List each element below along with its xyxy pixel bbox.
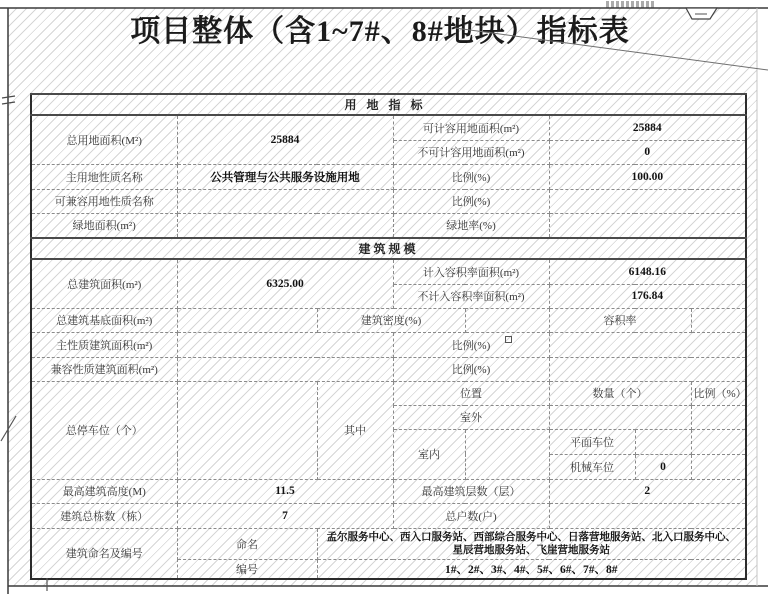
main-use-ratio-value: 100.00 [549,164,746,189]
table-row: 绿地面积(m²) 绿地率(%) [31,213,746,238]
table-row: 建筑总栋数（栋） 7 总户数(户) [31,503,746,528]
parking-outdoor-qty [549,405,691,429]
uncountable-land-value: 0 [549,140,746,164]
main-nature-area-value [177,332,393,357]
compatible-use-value [177,189,393,213]
table-row: 最高建筑高度(M) 11.5 最高建筑层数（层） 2 [31,479,746,503]
out-far-area-label: 不计入容积率面积(m²) [393,284,549,308]
total-buildings-value: 7 [177,503,393,528]
table-row: 可兼容用地性质名称 比例(%) [31,189,746,213]
section-header-land: 用地指标 [31,94,746,115]
parking-quantity-header: 数量（个） [549,381,691,405]
main-nature-ratio-value [549,332,746,357]
max-floors-label: 最高建筑层数（层） [393,479,549,503]
indicator-table: 用地指标 总用地面积(M²) 25884 可计容用地面积(m²) 25884 不… [30,93,747,580]
parking-flat-label: 平面车位 [549,429,635,454]
table-row: 主用地性质名称 公共管理与公共服务设施用地 比例(%) 100.00 [31,164,746,189]
parking-ratio-header: 比例（%） [691,381,746,405]
compat-nature-ratio-label: 比例(%) [393,357,549,381]
green-ratio-label: 绿地率(%) [393,213,549,238]
main-nature-area-label: 主性质建筑面积(m²) [31,332,177,357]
stray-square-artifact [505,336,512,343]
parking-flat-ratio [691,429,746,454]
countable-land-value: 25884 [549,115,746,140]
table-row: 总停车位（个） 其中 位置 数量（个） 比例（%） [31,381,746,405]
table-row: 总建筑基底面积(m²) 建筑密度(%) 容积率 [31,308,746,332]
micro-annotation [606,1,656,8]
max-floors-value: 2 [549,479,746,503]
max-height-value: 11.5 [177,479,393,503]
density-label: 建筑密度(%) [317,308,465,332]
table-row: 总用地面积(M²) 25884 可计容用地面积(m²) 25884 [31,115,746,140]
main-use-value: 公共管理与公共服务设施用地 [177,164,393,189]
far-value [691,308,746,332]
compatible-ratio-value [549,189,746,213]
parking-mech-ratio [691,454,746,479]
parking-outdoor-label: 室外 [393,405,549,429]
naming-name-label: 命名 [177,528,317,559]
parking-position-header: 位置 [393,381,549,405]
parking-among-label: 其中 [317,381,393,479]
total-land-area-label: 总用地面积(M²) [31,115,177,164]
parking-indoor-sub [465,429,549,479]
parking-total-value [177,381,317,479]
max-height-label: 最高建筑高度(M) [31,479,177,503]
green-area-value [177,213,393,238]
parking-total-label: 总停车位（个） [31,381,177,479]
countable-land-label: 可计容用地面积(m²) [393,115,549,140]
in-far-area-value: 6148.16 [549,259,746,284]
parking-outdoor-ratio [691,405,746,429]
total-buildings-label: 建筑总栋数（栋） [31,503,177,528]
uncountable-land-label: 不可计容用地面积(m²) [393,140,549,164]
compat-nature-area-label: 兼容性质建筑面积(m²) [31,357,177,381]
section-header-building: 建筑规模 [31,238,746,259]
total-floor-area-value: 6325.00 [177,259,393,308]
green-area-label: 绿地面积(m²) [31,213,177,238]
naming-group-label: 建筑命名及编号 [31,528,177,579]
compat-nature-area-value [177,357,393,381]
compatible-use-label: 可兼容用地性质名称 [31,189,177,213]
footprint-label: 总建筑基底面积(m²) [31,308,177,332]
main-nature-ratio-label: 比例(%) [393,332,549,357]
far-label: 容积率 [549,308,691,332]
table-row: 建筑规模 [31,238,746,259]
households-label: 总户数(户) [393,503,549,528]
naming-names-value: 孟尔服务中心、西入口服务站、西部综合服务中心、日落营地服务站、北入口服务中心、星… [317,528,746,559]
footprint-value [177,308,317,332]
parking-mech-label: 机械车位 [549,454,635,479]
parking-flat-qty [635,429,691,454]
density-value [465,308,549,332]
compatible-ratio-label: 比例(%) [393,189,549,213]
compat-nature-ratio-value [549,357,746,381]
main-use-label: 主用地性质名称 [31,164,177,189]
green-ratio-value [549,213,746,238]
households-value [549,503,746,528]
table-row: 建筑命名及编号 命名 孟尔服务中心、西入口服务站、西部综合服务中心、日落营地服务… [31,528,746,559]
table-row: 主性质建筑面积(m²) 比例(%) [31,332,746,357]
total-land-area-value: 25884 [177,115,393,164]
main-use-ratio-label: 比例(%) [393,164,549,189]
in-far-area-label: 计入容积率面积(m²) [393,259,549,284]
naming-numbers-value: 1#、2#、3#、4#、5#、6#、7#、8# [317,559,746,579]
parking-indoor-label: 室内 [393,429,465,479]
total-floor-area-label: 总建筑面积(m²) [31,259,177,308]
naming-number-label: 编号 [177,559,317,579]
table-row: 兼容性质建筑面积(m²) 比例(%) [31,357,746,381]
table-row: 总建筑面积(m²) 6325.00 计入容积率面积(m²) 6148.16 [31,259,746,284]
page-title: 项目整体（含1~7#、8#地块）指标表 [110,12,650,52]
table-row: 用地指标 [31,94,746,115]
parking-mech-qty: 0 [635,454,691,479]
out-far-area-value: 176.84 [549,284,746,308]
